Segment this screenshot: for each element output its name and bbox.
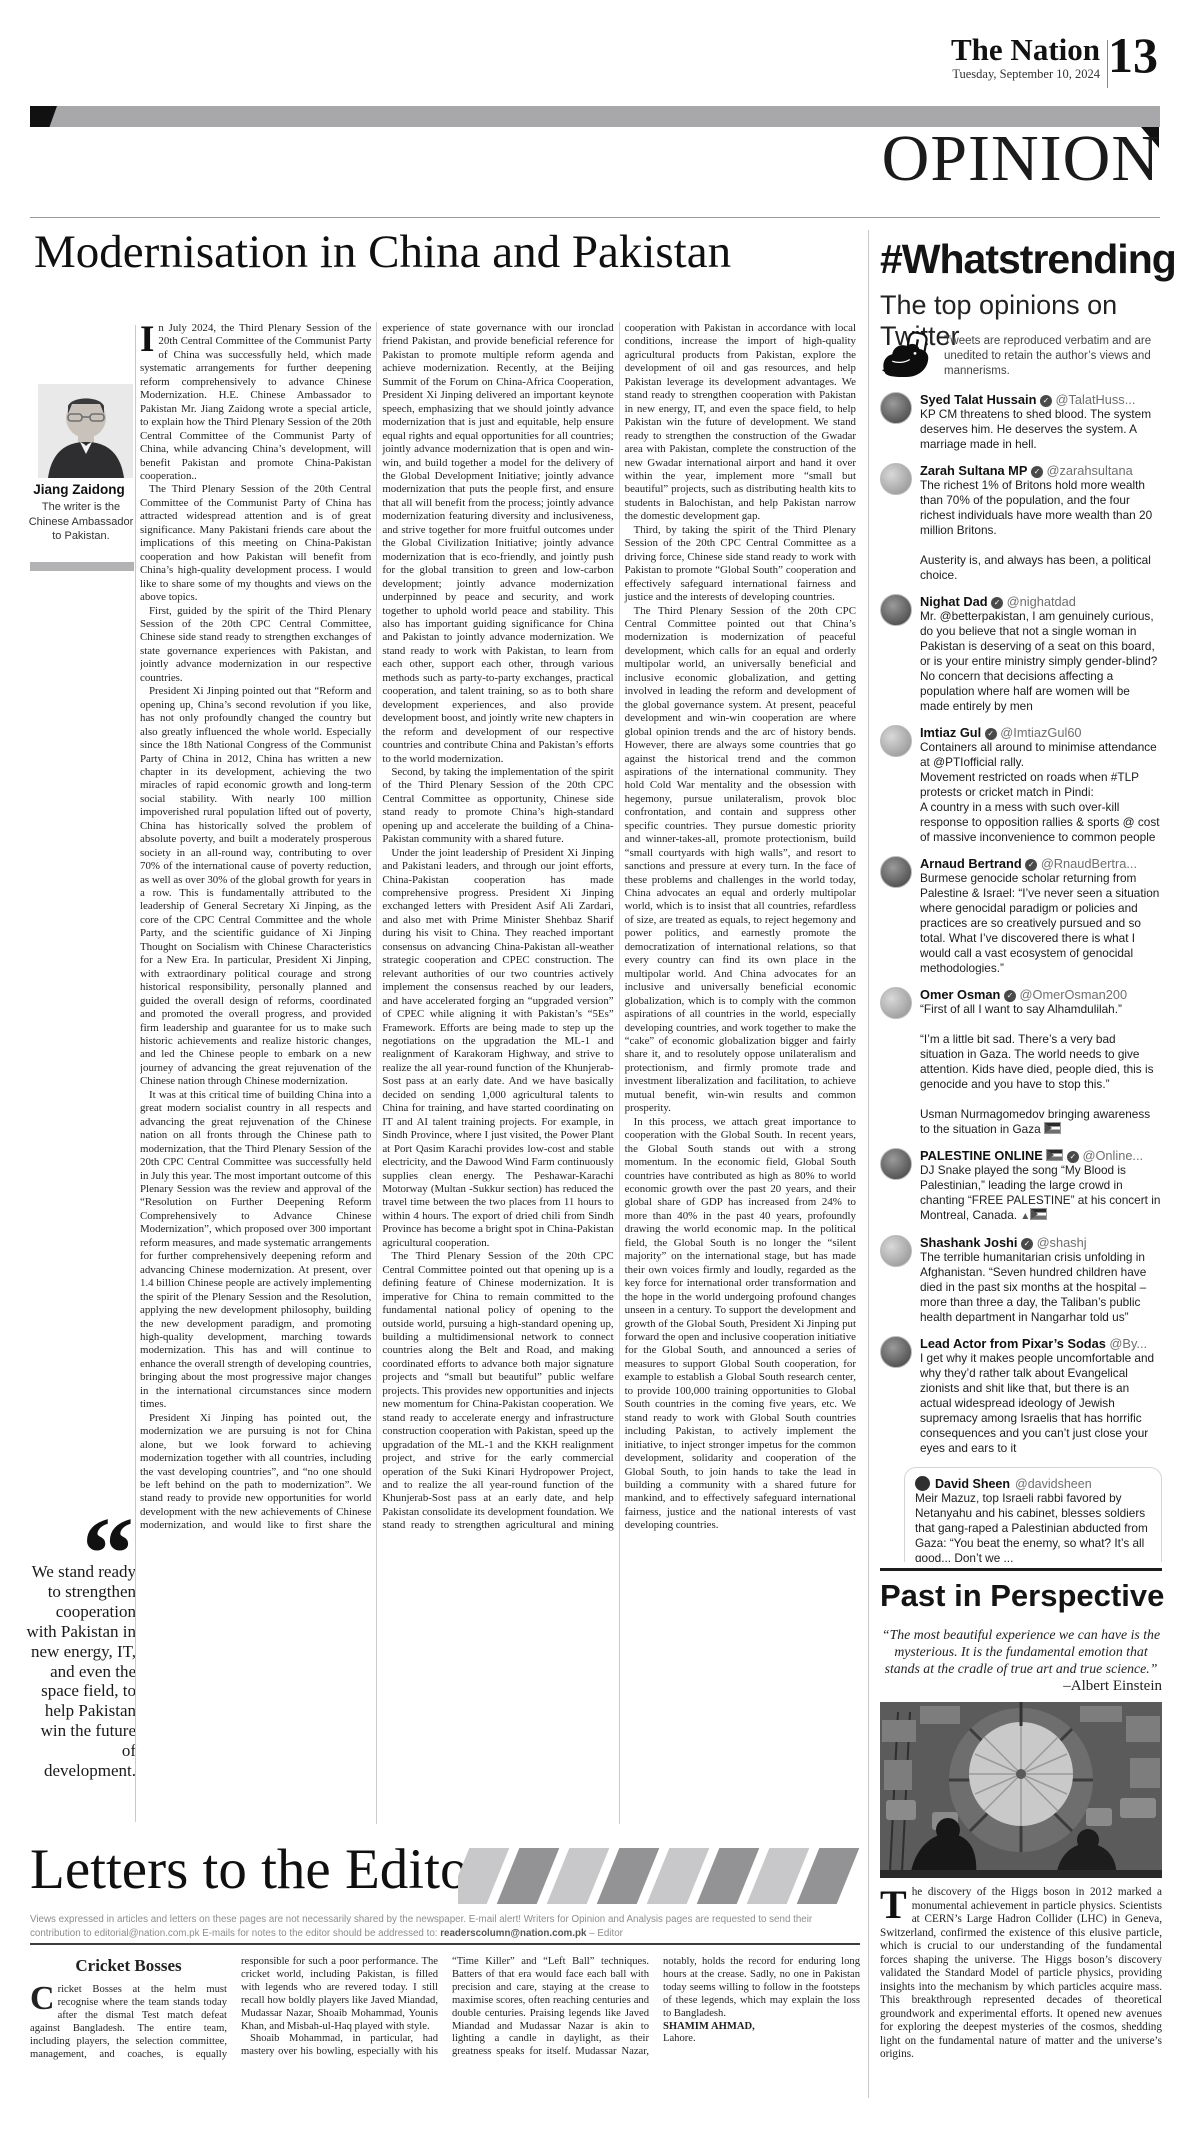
whatstrending-title: #Whatstrending <box>880 236 1176 283</box>
letters-disclaimer: Views expressed in articles and letters … <box>30 1913 860 1940</box>
tweet: PALESTINE ONLINE ✓ @Online... DJ Snake p… <box>880 1148 1162 1224</box>
tweet-handle: @zarahsultana <box>1047 463 1133 478</box>
tweet-author: Lead Actor from Pixar’s Sodas <box>920 1336 1106 1351</box>
avatar <box>880 856 912 888</box>
verified-icon: ✓ <box>991 597 1003 609</box>
author-divider <box>30 562 134 571</box>
twitter-bird-icon: ! <box>880 330 936 387</box>
verified-icon: ✓ <box>1031 466 1043 478</box>
quote-attribution: –Albert Einstein <box>880 1678 1162 1695</box>
tweet-author: Arnaud Bertrand <box>920 856 1022 871</box>
article-paragraph: The Third Plenary Session of the 20th Ce… <box>140 483 371 604</box>
tweet-handle: @By... <box>1109 1336 1147 1351</box>
tweet: Nighat Dad ✓ @nighatdad Mr. @betterpakis… <box>880 594 1162 714</box>
letter-signature: SHAMIM AHMAD, <box>663 2021 860 2034</box>
avatar <box>915 1476 930 1491</box>
tweet-handle: @OmerOsman200 <box>1020 987 1128 1002</box>
readers-column-email: readerscolumn@nation.com.pk <box>440 1928 586 1939</box>
pull-quote: We stand ready to strengthen cooperation… <box>26 1562 136 1781</box>
article-paragraph: In this process, we attach great importa… <box>625 1116 856 1533</box>
tweet-author: Omer Osman <box>920 987 1000 1002</box>
tweet-text: Burmese genocide scholar returning from … <box>920 871 1162 976</box>
author-bio: The writer is the Chinese Ambassador to … <box>26 500 136 544</box>
verified-icon: ✓ <box>1021 1238 1033 1250</box>
tweet-author: PALESTINE ONLINE <box>920 1148 1043 1163</box>
past-in-perspective-rule <box>880 1568 1162 1571</box>
article-paragraph: Second, by taking the implementation of … <box>382 766 613 847</box>
letters-rule <box>30 1943 860 1945</box>
tweet-text: KP CM threatens to shed blood. The syste… <box>920 407 1162 452</box>
fire-icon: ▲ <box>1020 1211 1030 1222</box>
article-headline: Modernisation in China and Pakistan <box>34 226 864 278</box>
article-paragraph: It was at this critical time of building… <box>140 1089 371 1412</box>
tweet: Zarah Sultana MP ✓ @zarahsultana The ric… <box>880 463 1162 583</box>
whatstrending-notice-text: Tweets are reproduced verbatim and are u… <box>944 330 1162 387</box>
tweet-handle: @Online... <box>1082 1148 1143 1163</box>
tweet-text: Containers all around to minimise attend… <box>920 740 1162 845</box>
past-in-perspective-title: Past in Perspective <box>880 1578 1164 1614</box>
tweet-author: Imtiaz Gul <box>920 725 981 740</box>
avatar <box>880 1148 912 1180</box>
tweet-handle: @davidsheen <box>1015 1477 1092 1491</box>
avatar <box>880 594 912 626</box>
tweet-list: Syed Talat Hussain ✓ @TalatHuss... KP CM… <box>880 392 1162 1562</box>
tweet: Omer Osman ✓ @OmerOsman200 “First of all… <box>880 987 1162 1137</box>
avatar <box>880 1235 912 1267</box>
page-number: 13 <box>1108 26 1158 84</box>
tweet-author: Shashank Joshi <box>920 1235 1017 1250</box>
article-paragraph: In July 2024, the Third Plenary Session … <box>140 322 371 483</box>
tweet: Lead Actor from Pixar’s Sodas @By... I g… <box>880 1336 1162 1456</box>
tweet-author: Zarah Sultana MP <box>920 463 1027 478</box>
quoted-tweet: David Sheen @davidsheen Meir Mazuz, top … <box>904 1467 1162 1562</box>
palestine-flag-icon <box>1046 1149 1063 1161</box>
letter: Cricket Bosses Cricket Bosses at the hel… <box>30 1956 860 2112</box>
article-paragraph: Third, by taking the spirit of the Third… <box>625 524 856 605</box>
pull-quote-icon: “ <box>30 1498 134 1562</box>
article-paragraph: The Third Plenary Session of the 20th CP… <box>625 605 856 1116</box>
palestine-flag-icon <box>1044 1122 1061 1134</box>
avatar <box>880 725 912 757</box>
avatar <box>880 1336 912 1368</box>
past-in-perspective-body: The discovery of the Higgs boson in 2012… <box>880 1886 1162 2062</box>
article-body: In July 2024, the Third Plenary Session … <box>140 322 856 1824</box>
author-name: Jiang Zaidong <box>22 482 136 497</box>
letter-location: Lahore. <box>663 2033 860 2046</box>
verified-icon: ✓ <box>985 728 997 740</box>
article-paragraph: President Xi Jinping pointed out that “R… <box>140 685 371 1089</box>
avatar <box>880 987 912 1019</box>
tweet-author: David Sheen <box>935 1477 1010 1491</box>
verified-icon: ✓ <box>1025 859 1037 871</box>
tweet-handle: @ImtiazGul60 <box>1000 725 1081 740</box>
tweet-handle: @RnaudBertra... <box>1041 856 1137 871</box>
disclaimer-line1: Views expressed in articles and letters … <box>30 1914 812 1925</box>
tweet-handle: @nighatdad <box>1007 594 1076 609</box>
author-photo <box>38 384 133 478</box>
masthead: The Nation Tuesday, September 10, 2024 <box>951 34 1100 82</box>
whatstrending-notice: ! Tweets are reproduced verbatim and are… <box>880 330 1162 387</box>
paper-date: Tuesday, September 10, 2024 <box>951 67 1100 82</box>
tweet-text: Meir Mazuz, top Israeli rabbi favored by… <box>915 1491 1151 1562</box>
tweet: Arnaud Bertrand ✓ @RnaudBertra... Burmes… <box>880 856 1162 976</box>
tweet-author: Nighat Dad <box>920 594 988 609</box>
past-in-perspective-quote: “The most beautiful experience we can ha… <box>880 1626 1162 1677</box>
tweet: Shashank Joshi ✓ @shashj The terrible hu… <box>880 1235 1162 1325</box>
verified-icon: ✓ <box>1067 1151 1079 1163</box>
article-paragraph: First, guided by the spirit of the Third… <box>140 605 371 686</box>
palestine-flag-icon <box>1030 1208 1047 1220</box>
sidebar-divider <box>868 230 869 2098</box>
newspaper-page: The Nation Tuesday, September 10, 2024 1… <box>0 0 1200 2133</box>
tweet: Imtiaz Gul ✓ @ImtiazGul60 Containers all… <box>880 725 1162 845</box>
tweet-text: “First of all I want to say Alhamdulilah… <box>920 1002 1153 1136</box>
article-paragraph: Under the joint leadership of President … <box>382 847 613 1251</box>
avatar <box>880 392 912 424</box>
header-rule <box>30 217 1160 218</box>
verified-icon: ✓ <box>1040 395 1052 407</box>
tweet-text: Mr. @betterpakistan, I am genuinely curi… <box>920 609 1162 714</box>
tweet-text: The richest 1% of Britons hold more weal… <box>920 478 1162 583</box>
section-title: OPINION <box>882 124 1160 194</box>
verified-icon: ✓ <box>1004 990 1016 1002</box>
disclaimer-line2: contribution to editorial@nation.com.pk … <box>30 1928 440 1939</box>
tweet: Syed Talat Hussain ✓ @TalatHuss... KP CM… <box>880 392 1162 452</box>
column-rule <box>135 325 136 1822</box>
tweet-text: The terrible humanitarian crisis unfoldi… <box>920 1250 1162 1325</box>
tweet-handle: @shashj <box>1037 1235 1087 1250</box>
paper-name: The Nation <box>951 34 1100 66</box>
tweet-author: Syed Talat Hussain <box>920 392 1036 407</box>
tweet-handle: @TalatHuss... <box>1056 392 1136 407</box>
avatar <box>880 463 912 495</box>
letter-title: Cricket Bosses <box>30 1956 227 1976</box>
tweet-text: I get why it makes people uncomfortable … <box>920 1351 1162 1456</box>
letters-banner-title: Letters to the Editor <box>30 1840 487 1900</box>
letters-banner-stripes <box>458 1848 868 1904</box>
cern-detector-photo <box>880 1702 1162 1878</box>
disclaimer-line2-end: – Editor <box>586 1928 623 1939</box>
